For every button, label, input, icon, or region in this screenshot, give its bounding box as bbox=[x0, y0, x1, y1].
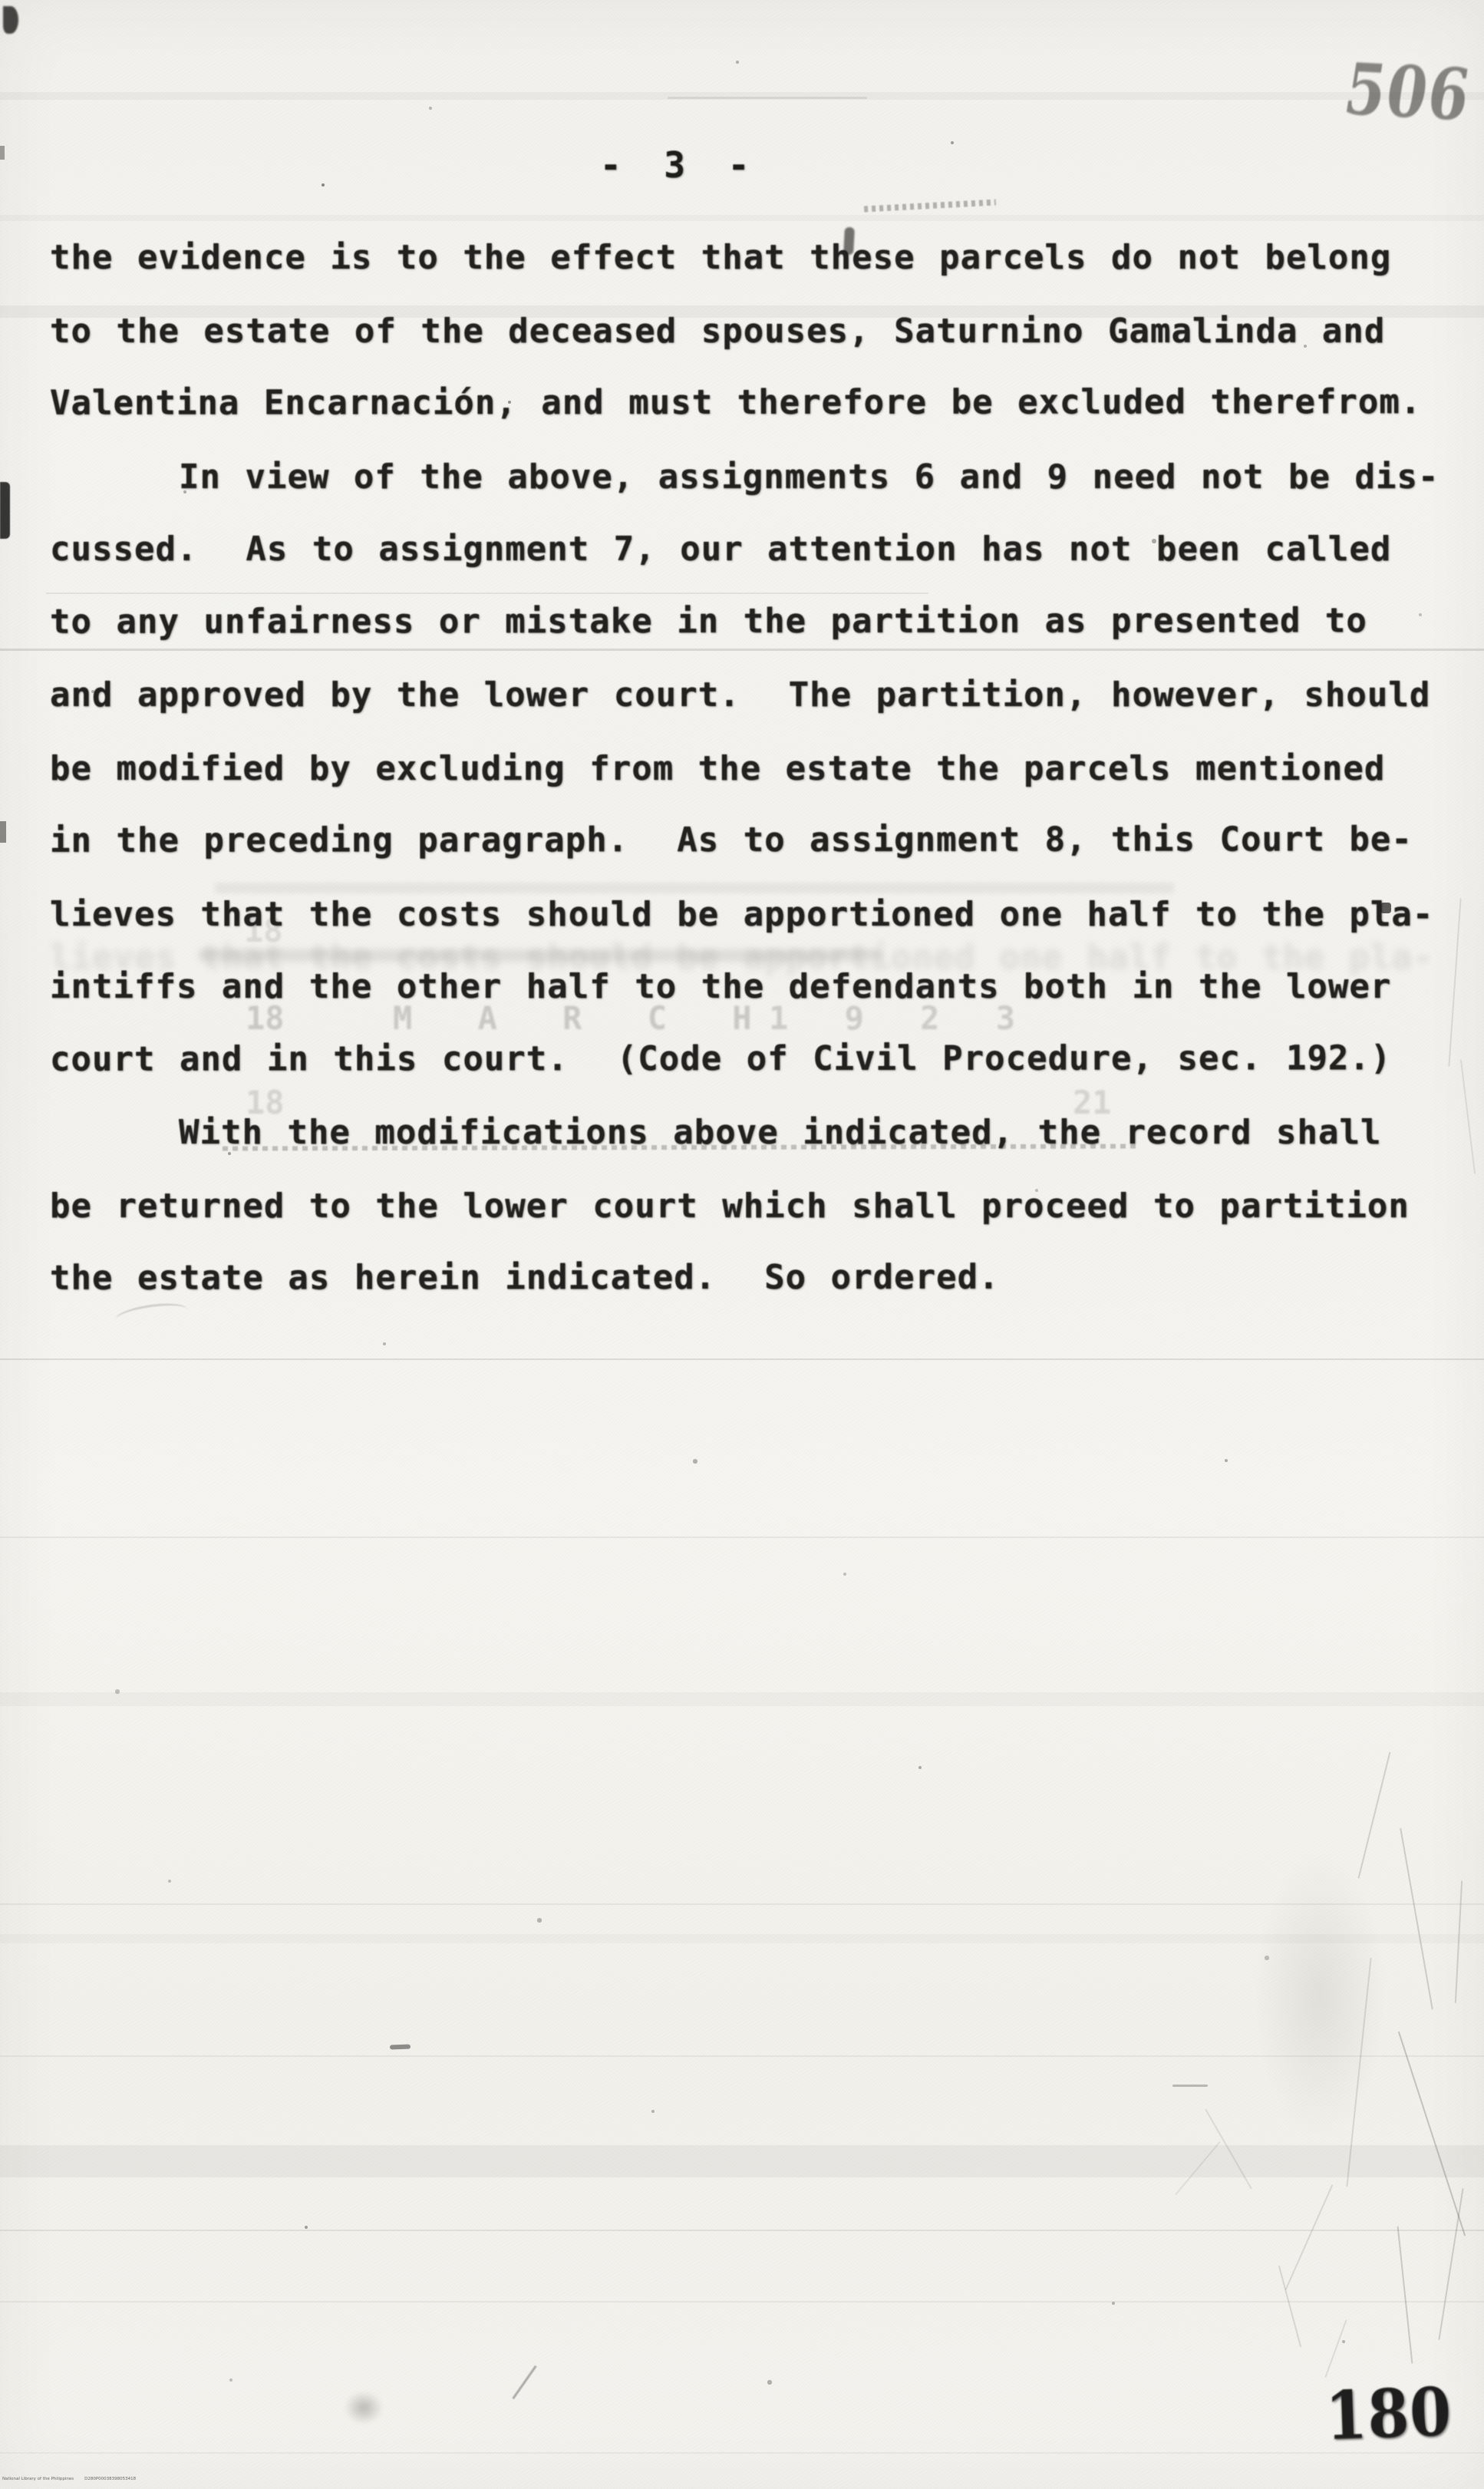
text-line: the estate as herein indicated. So order… bbox=[50, 1240, 1439, 1315]
text-line: in the preceding paragraph. As to assign… bbox=[50, 803, 1439, 877]
paper-fiber bbox=[1448, 898, 1461, 1067]
page-number-heading: - 3 - bbox=[600, 144, 760, 186]
scan-artifact-band bbox=[0, 215, 1484, 221]
scan-artifact-band bbox=[0, 2145, 1484, 2177]
folio-stamp-bottom: 180 bbox=[1324, 2373, 1453, 2455]
ink-smudge bbox=[512, 2365, 536, 2399]
text-line: Valentina Encarnación, and must therefor… bbox=[50, 365, 1439, 440]
footer-code: D280P00038398053418 bbox=[84, 2477, 136, 2481]
text-line: to the estate of the deceased spouses, S… bbox=[50, 295, 1439, 368]
paper-fiber bbox=[1278, 2266, 1301, 2348]
text-line: cussed. As to assignment 7, our attentio… bbox=[50, 513, 1439, 586]
text-line: and approved by the lower court. The par… bbox=[50, 659, 1439, 731]
scan-artifact-line bbox=[0, 2301, 1484, 2302]
scan-artifact-line bbox=[0, 2055, 1484, 2057]
paper-fiber bbox=[1205, 2109, 1252, 2190]
paper-fiber bbox=[1357, 1751, 1390, 1878]
scan-artifact-line bbox=[0, 2452, 1484, 2454]
text-line: In view of the above, assignments 6 and … bbox=[50, 441, 1439, 513]
paper-fiber bbox=[1285, 2184, 1334, 2290]
ink-smudge bbox=[3, 6, 18, 34]
footer-microtext: National Library of the Philippines D280… bbox=[2, 2477, 136, 2481]
document-page: - 3 - 506 18 18 M A R C H 1 9 2 3 18 21 … bbox=[0, 0, 1484, 2489]
text-line: lieves that the costs should be apportio… bbox=[50, 878, 1439, 951]
ink-smudge bbox=[864, 200, 996, 213]
text-line: court and in this court. (Code of Civil … bbox=[50, 1022, 1439, 1096]
scan-artifact-line bbox=[0, 1537, 1484, 1538]
body-text: the evidence is to the effect that these… bbox=[50, 221, 1439, 1315]
paper-fiber bbox=[1400, 1828, 1433, 2010]
ink-smudge bbox=[0, 821, 6, 843]
paper-stain bbox=[1228, 1796, 1412, 2195]
paper-fiber bbox=[1455, 1880, 1463, 2003]
paper-fiber bbox=[1175, 2141, 1220, 2195]
scan-artifact-band bbox=[0, 1692, 1484, 1706]
footer-library-label: National Library of the Philippines bbox=[2, 2477, 74, 2481]
scan-artifact-line bbox=[668, 97, 867, 99]
paper-fiber bbox=[1397, 2226, 1413, 2363]
text-line: With the modifications above indicated, … bbox=[50, 1096, 1439, 1169]
ink-smudge bbox=[0, 146, 5, 160]
paper-fiber bbox=[1346, 1958, 1371, 2187]
ink-smudge bbox=[390, 2045, 411, 2050]
paper-fiber bbox=[1438, 2188, 1463, 2340]
paper-fiber bbox=[1324, 2319, 1347, 2378]
scan-artifact-line bbox=[0, 1903, 1484, 1905]
text-line: the evidence is to the effect that these… bbox=[50, 221, 1439, 294]
paper-fiber bbox=[1460, 1059, 1476, 1174]
scan-artifact-band bbox=[0, 1934, 1484, 1943]
folio-stamp-top: 506 bbox=[1339, 48, 1476, 137]
text-line: intiffs and the other half to the defend… bbox=[50, 950, 1439, 1023]
text-line: to any unfairness or mistake in the part… bbox=[50, 584, 1439, 659]
ink-smudge bbox=[336, 2384, 391, 2431]
ink-smudge bbox=[1172, 2085, 1208, 2087]
text-line: be returned to the lower court which sha… bbox=[50, 1170, 1439, 1243]
paper-fiber bbox=[1398, 2032, 1466, 2236]
text-line: be modified by excluding from the estate… bbox=[50, 732, 1439, 805]
paper-specks bbox=[0, 0, 2, 2]
scan-artifact-line bbox=[0, 1358, 1484, 1360]
scan-artifact-band bbox=[0, 92, 1484, 100]
ink-smudge bbox=[0, 482, 10, 539]
scan-artifact-line bbox=[0, 2230, 1484, 2231]
